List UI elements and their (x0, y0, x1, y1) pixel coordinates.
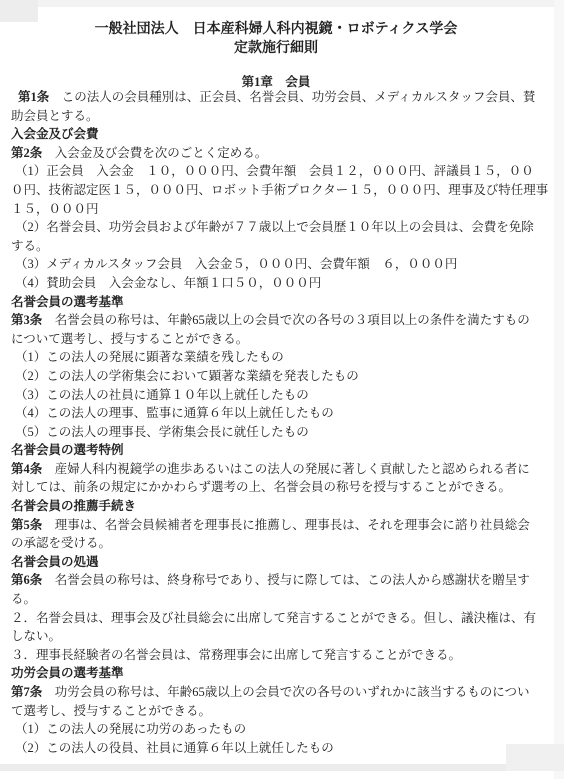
line-text: る。 (11, 592, 36, 606)
document-title-line1: 一般社団法人 日本産科婦人科内視鏡・ロボティクス学会 (0, 20, 552, 39)
document-line: ０円、技術認定医１５，０００円、ロボット手術プロクター１５，０００円、理事及び特… (0, 181, 564, 200)
line-text: （1）この法人の発展に功労のあったもの (15, 722, 246, 736)
line-text: 名誉会員の称号は、終身称号であり、授与に際しては、この法人から感謝状を贈呈す (42, 573, 530, 587)
document-line: 助会員とする。 (0, 107, 564, 126)
document-title: 一般社団法人 日本産科婦人科内視鏡・ロボティクス学会 定款施行細則 (0, 20, 552, 58)
document-line: の承認を受ける。 (0, 534, 564, 553)
line-text: しない。 (11, 629, 61, 643)
document-line: （4）この法人の理事、監事に通算６年以上就任したもの (0, 404, 564, 423)
document-line: しない。 (0, 627, 564, 646)
document-line: 対しては、前条の規定にかかわらず選考の上、名誉会員の称号を授与することができる。 (0, 478, 564, 497)
document-line: （1）この法人の発展に功労のあったもの (0, 720, 564, 739)
document-line: （3）この法人の社員に通算１０年以上就任したもの (0, 386, 564, 405)
line-text: （2）この法人の役員、社員に通算６年以上就任したもの (15, 741, 334, 755)
line-text: 対しては、前条の規定にかかわらず選考の上、名誉会員の称号を授与することができる。 (11, 480, 511, 494)
line-text: （1）この法人の発展に顕著な業績を残したもの (15, 350, 284, 364)
line-text: 理事は、名誉会員候補者を理事長に推薦し、理事長は、それを理事会に諮り社員総会 (42, 518, 530, 532)
document-line: 第6条 名誉会員の称号は、終身称号であり、授与に際しては、この法人から感謝状を贈… (0, 571, 564, 590)
viewer-top-edge (0, 0, 564, 7)
document-line: る。 (0, 590, 564, 609)
document-line: （2）名誉会員、功労会員および年齢が７７歳以上で会員歴１０年以上の会員は、会費を… (0, 218, 564, 237)
line-text: （5）この法人の理事長、学術集会長に就任したもの (15, 425, 309, 439)
document-line: て選考し、授与することができる。 (0, 702, 564, 721)
article-number: 第2条 (11, 146, 42, 160)
line-text: 入会金及び会費 (11, 127, 99, 141)
section-heading: 名誉会員の推薦手続き (0, 497, 564, 516)
article-number: 第1条 (18, 90, 49, 104)
document-line: する。 (0, 237, 564, 256)
section-heading: 名誉会員の選考特例 (0, 441, 564, 460)
document-line: （4）賛助会員 入会金なし、年額１口５０，０００円 (0, 274, 564, 293)
document-line: 第5条 理事は、名誉会員候補者を理事長に推薦し、理事長は、それを理事会に諮り社員… (0, 516, 564, 535)
line-text: 名誉会員の選考特例 (11, 443, 124, 457)
document-line: （3）メディカルスタッフ会員 入会金５，０００円、会費年額 ６，０００円 (0, 255, 564, 274)
line-text: について選考し、授与することができる。 (11, 332, 248, 346)
line-text: 功労会員の称号は、年齢65歳以上の会員で次の各号のいずれかに該当するものについ (42, 685, 529, 699)
article-number: 第7条 (11, 685, 42, 699)
document-body: 第1条 この法人の会員種別は、正会員、名誉会員、功労会員、メディカルスタッフ会員… (0, 88, 564, 757)
article-number: 第5条 (11, 518, 42, 532)
document-line: 第2条 入会金及び会費を次のごとく定める。 (0, 144, 564, 163)
line-text: （4）賛助会員 入会金なし、年額１口５０，０００円 (15, 276, 321, 290)
line-text: この法人の会員種別は、正会員、名誉会員、功労会員、メディカルスタッフ会員、賛 (49, 90, 535, 104)
line-text: （3）この法人の社員に通算１０年以上就任したもの (15, 388, 309, 402)
document-line: ３．理事長経験者の名誉会員は、常務理事会に出席して発言することができる。 (0, 646, 564, 665)
line-text: （2）名誉会員、功労会員および年齢が７７歳以上で会員歴１０年以上の会員は、会費を… (15, 220, 534, 234)
article-number: 第3条 (11, 313, 42, 327)
line-text: 産婦人科内視鏡学の進歩あるいはこの法人の発展に著しく貢献したと認められる者に (42, 462, 530, 476)
line-text: １５，０００円 (11, 202, 99, 216)
line-text: 名誉会員の称号は、年齢65歳以上の会員で次の各号の３項目以上の条件を満たすもの (42, 313, 530, 327)
line-text: 名誉会員の処遇 (11, 555, 99, 569)
line-text: ２．名誉会員は、理事会及び社員総会に出席して発言することができる。但し、議決権は… (11, 611, 536, 625)
line-text: 名誉会員の推薦手続き (11, 499, 136, 513)
document-line: 第4条 産婦人科内視鏡学の進歩あるいはこの法人の発展に著しく貢献したと認められる… (0, 460, 564, 479)
document-line: 第3条 名誉会員の称号は、年齢65歳以上の会員で次の各号の３項目以上の条件を満た… (0, 311, 564, 330)
line-text: （2）この法人の学術集会において顕著な業績を発表したもの (15, 369, 359, 383)
document-line: について選考し、授与することができる。 (0, 330, 564, 349)
line-text: 名誉会員の選考基準 (11, 295, 124, 309)
article-number: 第6条 (11, 573, 42, 587)
line-text: （3）メディカルスタッフ会員 入会金５，０００円、会費年額 ６，０００円 (15, 257, 457, 271)
document-line: 第1条 この法人の会員種別は、正会員、名誉会員、功労会員、メディカルスタッフ会員… (0, 88, 564, 107)
document-line: 第7条 功労会員の称号は、年齢65歳以上の会員で次の各号のいずれかに該当するもの… (0, 683, 564, 702)
document-line: （1）正会員 入会金 １０，０００円、会費年額 会員１２，０００円、評議員１５，… (0, 162, 564, 181)
document-line: ２．名誉会員は、理事会及び社員総会に出席して発言することができる。但し、議決権は… (0, 609, 564, 628)
document-line: （1）この法人の発展に顕著な業績を残したもの (0, 348, 564, 367)
line-text: （4）この法人の理事、監事に通算６年以上就任したもの (15, 406, 334, 420)
line-text: 入会金及び会費を次のごとく定める。 (42, 146, 267, 160)
section-heading: 功労会員の選考基準 (0, 664, 564, 683)
line-text: て選考し、授与することができる。 (11, 704, 211, 718)
line-text: 助会員とする。 (11, 109, 99, 123)
viewer-bottom-edge (0, 764, 564, 771)
line-text: する。 (11, 239, 49, 253)
document-page: 一般社団法人 日本産科婦人科内視鏡・ロボティクス学会 定款施行細則 第1章 会員… (0, 0, 564, 779)
section-heading: 名誉会員の選考基準 (0, 293, 564, 312)
line-text: の承認を受ける。 (11, 536, 111, 550)
line-text: ３．理事長経験者の名誉会員は、常務理事会に出席して発言することができる。 (11, 648, 461, 662)
document-title-line2: 定款施行細則 (0, 39, 552, 58)
document-line: （2）この法人の役員、社員に通算６年以上就任したもの (0, 739, 564, 758)
section-heading: 名誉会員の処遇 (0, 553, 564, 572)
document-line: （5）この法人の理事長、学術集会長に就任したもの (0, 423, 564, 442)
line-text: 功労会員の選考基準 (11, 666, 124, 680)
line-text: ０円、技術認定医１５，０００円、ロボット手術プロクター１５，０００円、理事及び特… (11, 183, 548, 197)
document-line: （2）この法人の学術集会において顕著な業績を発表したもの (0, 367, 564, 386)
viewer-corner-patch (0, 0, 38, 22)
article-number: 第4条 (11, 462, 42, 476)
line-text: （1）正会員 入会金 １０，０００円、会費年額 会員１２，０００円、評議員１５，… (15, 164, 534, 178)
section-heading: 入会金及び会費 (0, 125, 564, 144)
document-line: １５，０００円 (0, 200, 564, 219)
